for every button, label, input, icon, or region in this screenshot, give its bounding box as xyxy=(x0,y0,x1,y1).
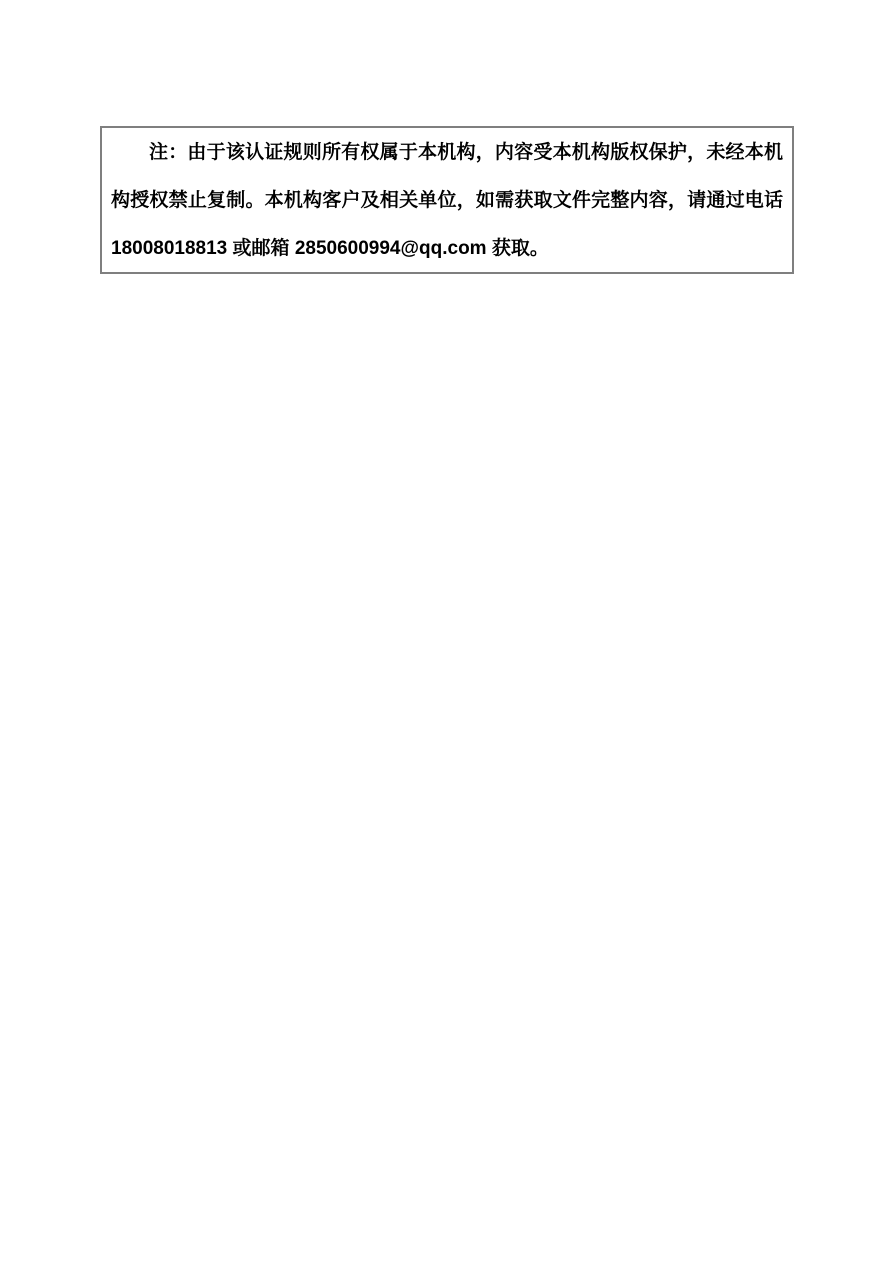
email-address: 2850600994@qq.com xyxy=(295,238,487,259)
copyright-notice-box: 注：由于该认证规则所有权属于本机构，内容受本机构版权保护，未经本机构授权禁止复制… xyxy=(100,126,794,274)
document-page: 注：由于该认证规则所有权属于本机构，内容受本机构版权保护，未经本机构授权禁止复制… xyxy=(0,0,892,1262)
notice-text-middle: 或邮箱 xyxy=(227,238,295,259)
notice-text-lead: 注：由于该认证规则所有权属于本机构，内容受本机构版权保护，未经本机构授权禁止复制… xyxy=(111,142,783,211)
phone-number: 18008018813 xyxy=(111,238,227,259)
copyright-notice-paragraph: 注：由于该认证规则所有权属于本机构，内容受本机构版权保护，未经本机构授权禁止复制… xyxy=(111,129,783,273)
notice-text-tail: 获取。 xyxy=(487,238,549,259)
